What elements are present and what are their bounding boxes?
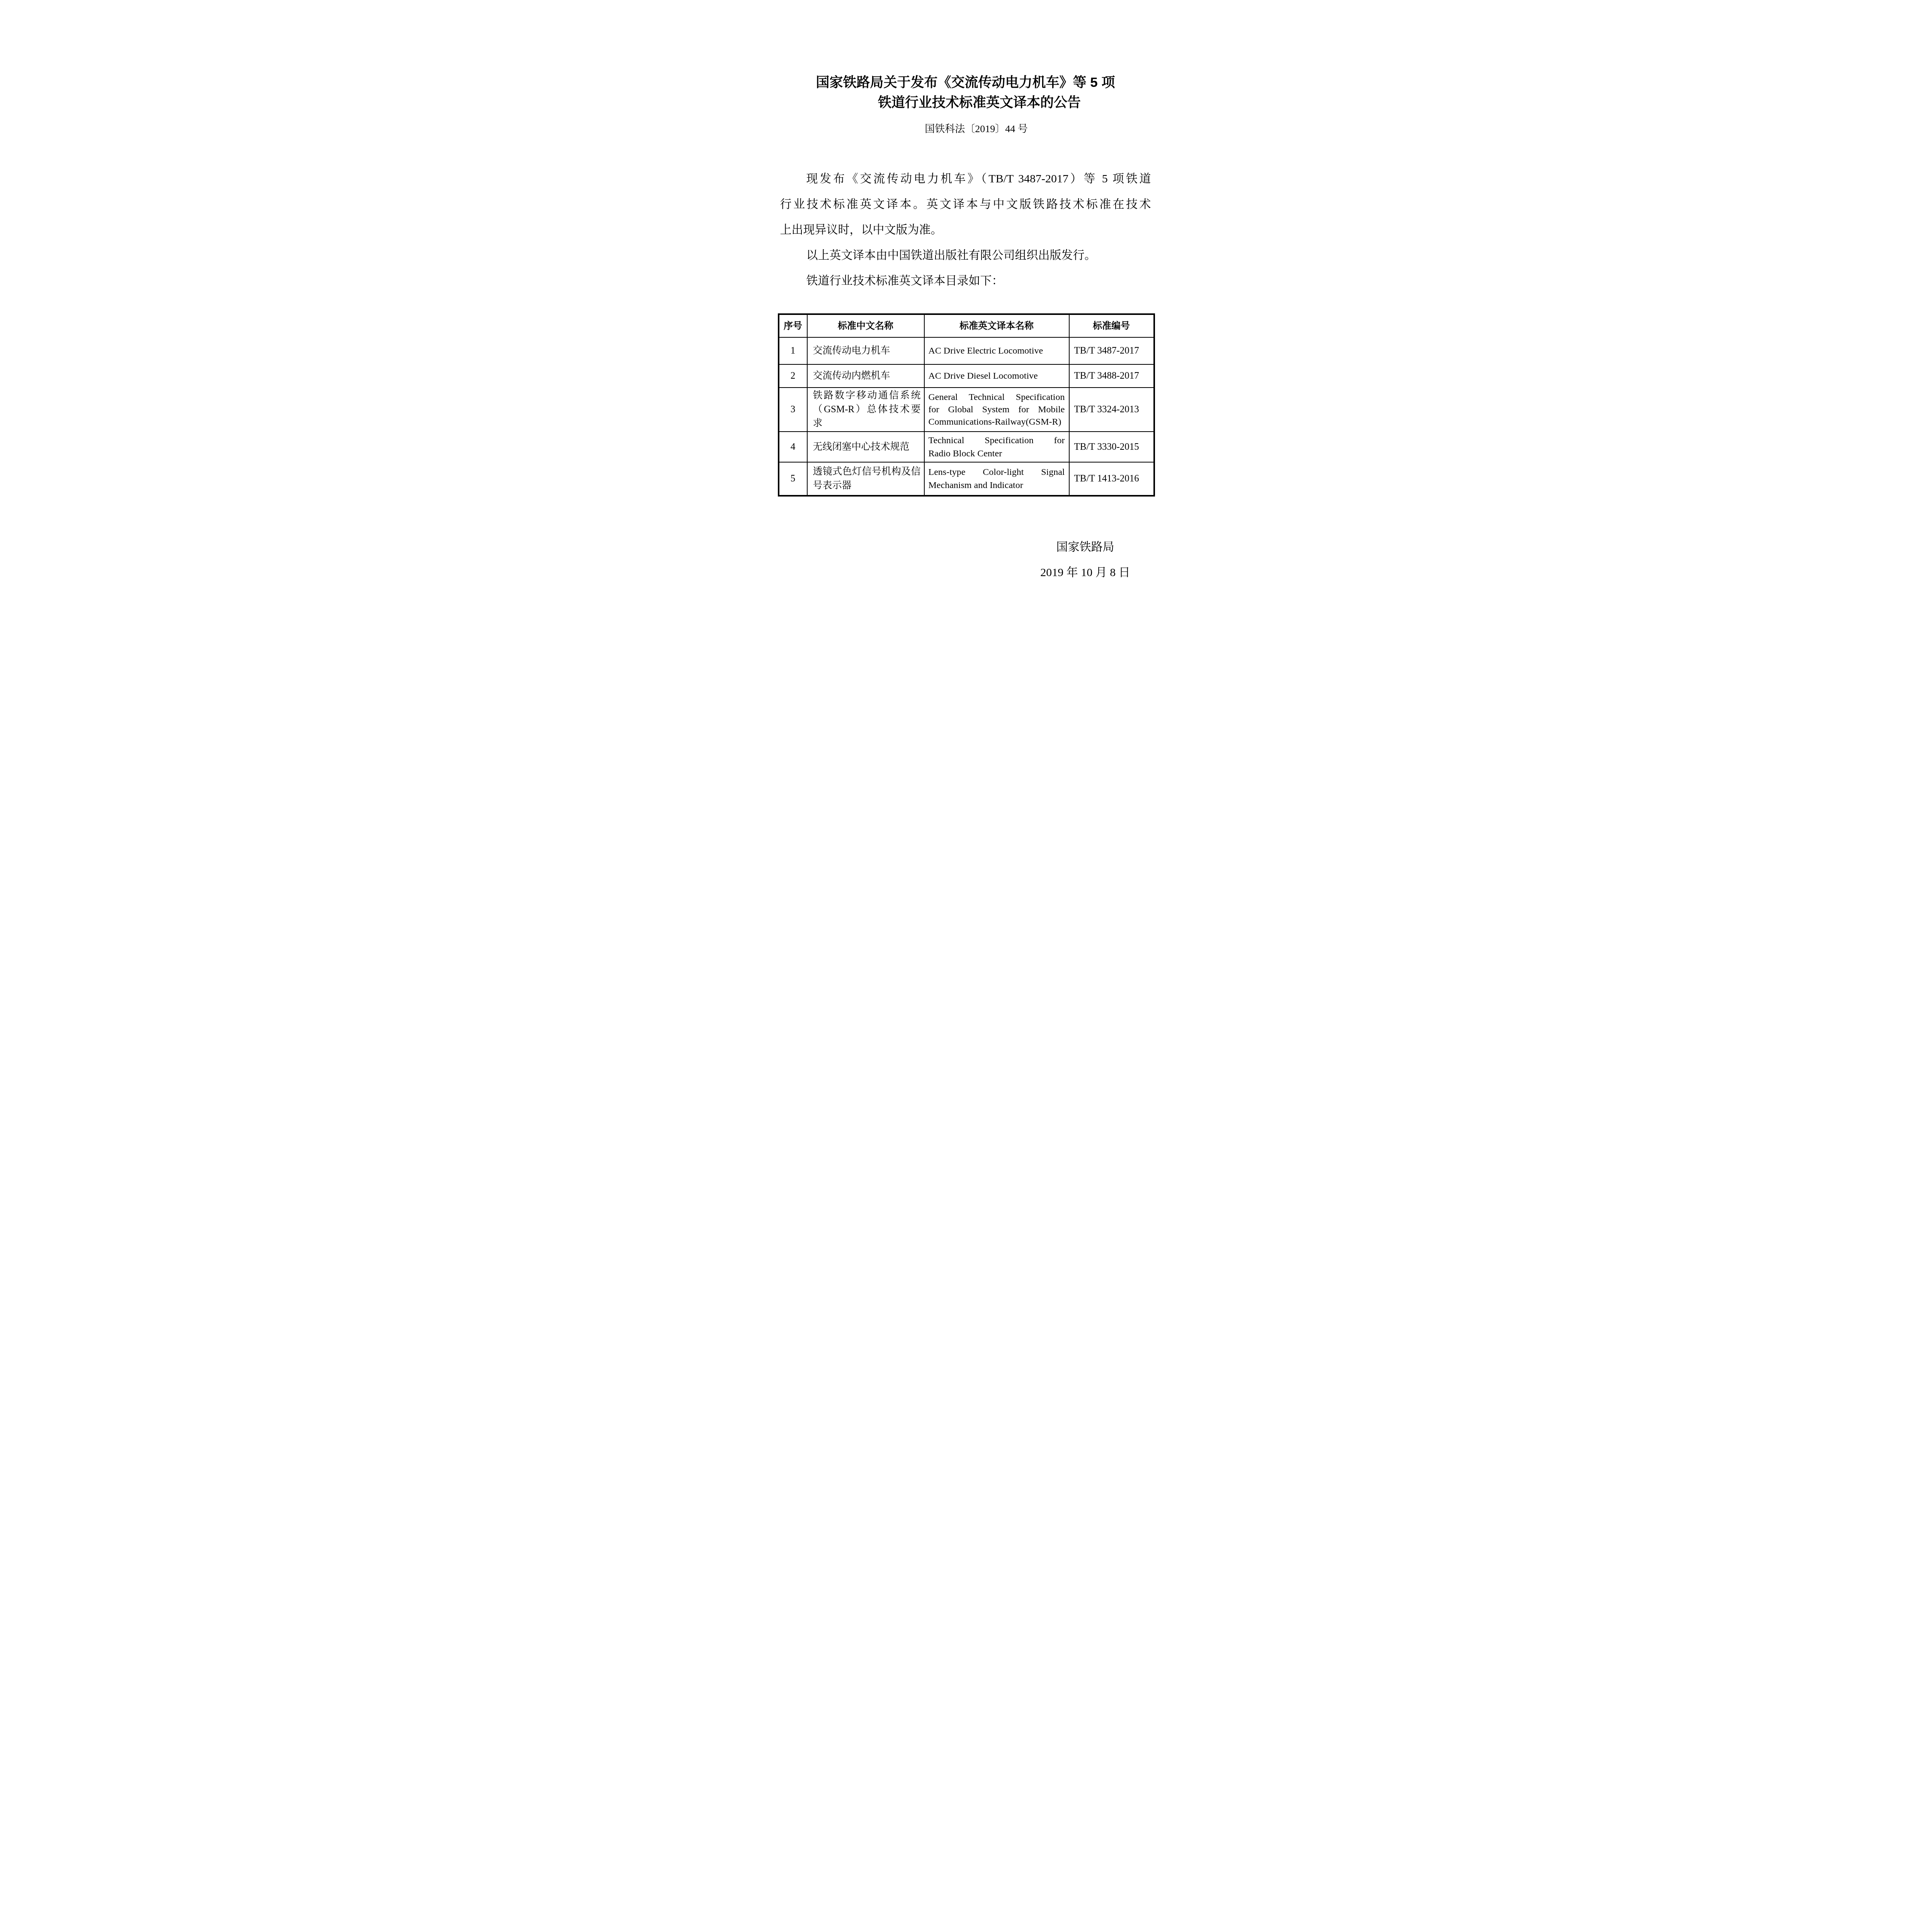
document-title-line-2: 铁道行业技术标准英文译本的公告 — [792, 93, 1167, 113]
cell-line: Communications-Railway(GSM-R) — [929, 416, 1065, 428]
table-row: 4 无线闭塞中心技术规范 Technical Specification for… — [779, 432, 1154, 462]
body-line: 上出现异议时，以中文版为准。 — [780, 217, 1151, 243]
col-header-code: 标准编号 — [1069, 314, 1154, 337]
body-line: 现发布《交流传动电力机车》（TB/T 3487-2017）等 5 项铁道 — [780, 166, 1151, 192]
cell-cn-name: 透镜式色灯信号机构及信 号表示器 — [807, 462, 924, 496]
col-header-index: 序号 — [779, 314, 807, 337]
cell-cn-name: 无线闭塞中心技术规范 — [807, 432, 924, 462]
body-line: 行业技术标准英文译本。英文译本与中文版铁路技术标准在技术 — [780, 192, 1151, 217]
body-text: 现发布《交流传动电力机车》（TB/T 3487-2017）等 5 项铁道 行业技… — [780, 166, 1151, 294]
table-row: 5 透镜式色灯信号机构及信 号表示器 Lens-type Color-light… — [779, 462, 1154, 496]
cell-line: Mechanism and Indicator — [929, 479, 1065, 492]
cell-line: Lens-type Color-light Signal — [929, 466, 1065, 479]
cell-en-name: Lens-type Color-light Signal Mechanism a… — [924, 462, 1069, 496]
document-number: 国铁科法〔2019〕44 号 — [778, 122, 1153, 136]
signature-date: 2019 年 10 月 8 日 — [1004, 565, 1167, 581]
cell-line: 铁路数字移动通信系统 — [813, 389, 921, 403]
cell-index: 3 — [779, 388, 807, 432]
cell-line: AC Drive Electric Locomotive — [929, 344, 1065, 357]
signature-block: 国家铁路局 2019 年 10 月 8 日 — [1004, 539, 1167, 581]
standards-table: 序号 标准中文名称 标准英文译本名称 标准编号 1 交流传动电力机车 AC Dr… — [778, 313, 1155, 497]
cell-index: 1 — [779, 337, 807, 364]
cell-index: 2 — [779, 364, 807, 388]
cell-code: TB/T 3324-2013 — [1069, 388, 1154, 432]
signature-org: 国家铁路局 — [1004, 539, 1167, 555]
cell-line: for Global System for Mobile — [929, 403, 1065, 416]
body-line: 以上英文译本由中国铁道出版社有限公司组织出版发行。 — [780, 243, 1151, 268]
table-row: 3 铁路数字移动通信系统 （GSM-R）总体技术要求 General Techn… — [779, 388, 1154, 432]
cell-line: 交流传动电力机车 — [813, 344, 921, 358]
cell-line: 无线闭塞中心技术规范 — [813, 440, 921, 454]
document-page: 国家铁路局关于发布《交流传动电力机车》等 5 项 铁道行业技术标准英文译本的公告… — [719, 0, 1198, 678]
cell-line: 透镜式色灯信号机构及信 — [813, 465, 921, 479]
cell-en-name: AC Drive Diesel Locomotive — [924, 364, 1069, 388]
cell-en-name: General Technical Specification for Glob… — [924, 388, 1069, 432]
cell-line: 交流传动内燃机车 — [813, 369, 921, 383]
cell-line: Technical Specification for — [929, 434, 1065, 447]
cell-code: TB/T 1413-2016 — [1069, 462, 1154, 496]
cell-line: 号表示器 — [813, 479, 921, 493]
col-header-cn-name: 标准中文名称 — [807, 314, 924, 337]
document-title-line-1: 国家铁路局关于发布《交流传动电力机车》等 5 项 — [778, 73, 1153, 93]
cell-code: TB/T 3488-2017 — [1069, 364, 1154, 388]
col-header-en-name: 标准英文译本名称 — [924, 314, 1069, 337]
document-number-text: 国铁科法〔2019〕44 号 — [789, 122, 1164, 136]
cell-code: TB/T 3487-2017 — [1069, 337, 1154, 364]
cell-cn-name: 铁路数字移动通信系统 （GSM-R）总体技术要求 — [807, 388, 924, 432]
cell-index: 5 — [779, 462, 807, 496]
document-title: 国家铁路局关于发布《交流传动电力机车》等 5 项 铁道行业技术标准英文译本的公告 — [778, 0, 1153, 113]
cell-en-name: Technical Specification for Radio Block … — [924, 432, 1069, 462]
cell-index: 4 — [779, 432, 807, 462]
cell-line: （GSM-R）总体技术要求 — [813, 403, 921, 430]
cell-line: General Technical Specification — [929, 391, 1065, 403]
body-line: 铁道行业技术标准英文译本目录如下： — [780, 268, 1151, 294]
cell-cn-name: 交流传动电力机车 — [807, 337, 924, 364]
cell-line: AC Drive Diesel Locomotive — [929, 369, 1065, 383]
cell-en-name: AC Drive Electric Locomotive — [924, 337, 1069, 364]
cell-cn-name: 交流传动内燃机车 — [807, 364, 924, 388]
cell-line: Radio Block Center — [929, 447, 1065, 460]
table-row: 2 交流传动内燃机车 AC Drive Diesel Locomotive TB… — [779, 364, 1154, 388]
table-header-row: 序号 标准中文名称 标准英文译本名称 标准编号 — [779, 314, 1154, 337]
table-row: 1 交流传动电力机车 AC Drive Electric Locomotive … — [779, 337, 1154, 364]
cell-code: TB/T 3330-2015 — [1069, 432, 1154, 462]
